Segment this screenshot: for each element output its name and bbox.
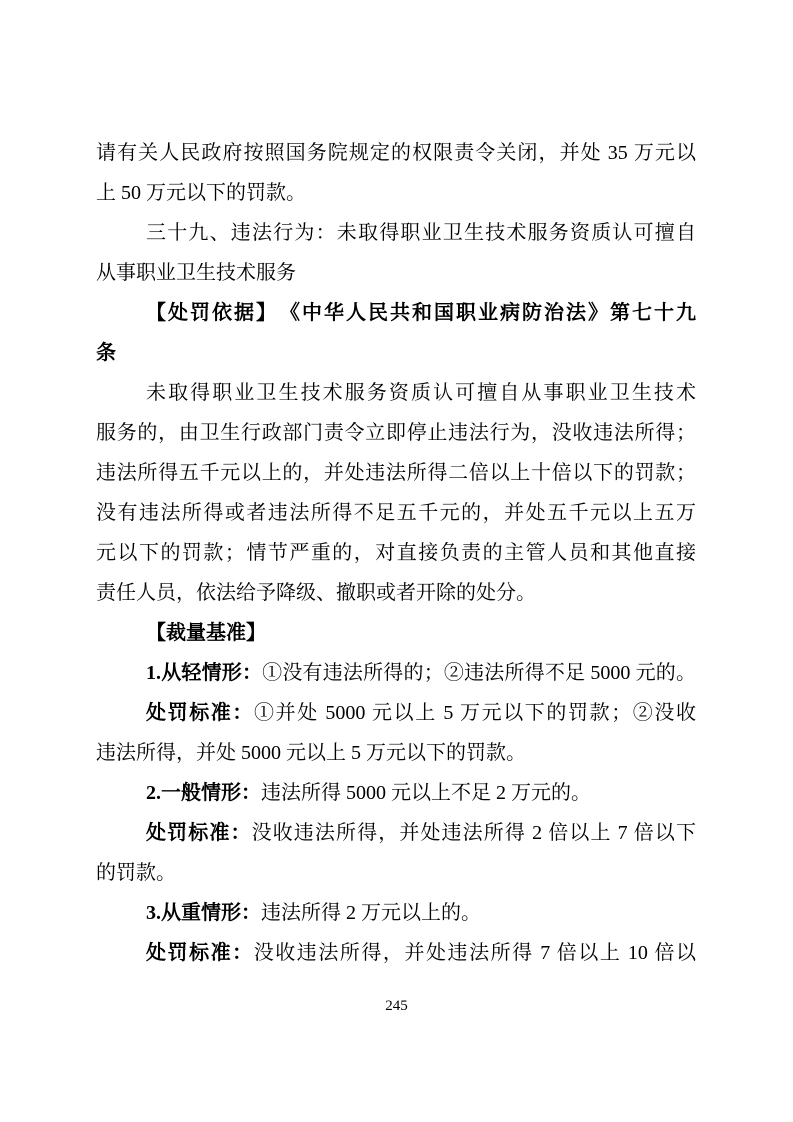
bold-text-run: 处罚标准： bbox=[146, 942, 254, 964]
paragraph: 处罚标准：没收违法所得，并处违法所得 2 倍以上 7 倍以下的罚款。 bbox=[96, 813, 696, 893]
text-line: 处罚标准：①并处 5000 元以上 5 万元以下的罚款；②没收 bbox=[96, 693, 696, 733]
text-run: 从事职业卫生技术服务 bbox=[96, 262, 296, 284]
text-run: 未取得职业卫生技术服务资质认可擅自从事职业卫生技术 bbox=[146, 382, 696, 404]
text-line: 责任人员，依法给予降级、撤职或者开除的处分。 bbox=[96, 573, 696, 613]
paragraph: 处罚标准：没收违法所得，并处违法所得 7 倍以上 10 倍以 bbox=[96, 933, 696, 973]
paragraph: 三十九、违法行为：未取得职业卫生技术服务资质认可擅自从事职业卫生技术服务 bbox=[96, 213, 696, 293]
text-run: 违法所得 2 万元以上的。 bbox=[261, 902, 481, 924]
text-line: 违法所得，并处 5000 元以上 5 万元以下的罚款。 bbox=[96, 733, 696, 773]
paragraph: 2.一般情形：违法所得 5000 元以上不足 2 万元的。 bbox=[96, 773, 696, 813]
paragraph: 【裁量基准】 bbox=[96, 613, 696, 653]
bold-text-run: 【裁量基准】 bbox=[146, 622, 266, 644]
text-line: 条 bbox=[96, 333, 696, 373]
text-line: 的罚款。 bbox=[96, 853, 696, 893]
text-run: 责任人员，依法给予降级、撤职或者开除的处分。 bbox=[96, 582, 536, 604]
text-line: 【处罚依据】 《中华人民共和国职业病防治法》第七十九 bbox=[96, 293, 696, 333]
paragraph: 未取得职业卫生技术服务资质认可擅自从事职业卫生技术服务的，由卫生行政部门责令立即… bbox=[96, 373, 696, 613]
paragraph: 3.从重情形：违法所得 2 万元以上的。 bbox=[96, 893, 696, 933]
text-run: 违法所得 5000 元以上不足 2 万元的。 bbox=[261, 782, 591, 804]
bold-text-run: 处罚标准： bbox=[146, 822, 252, 844]
text-line: 请有关人民政府按照国务院规定的权限责令关闭，并处 35 万元以 bbox=[96, 133, 696, 173]
text-line: 处罚标准：没收违法所得，并处违法所得 2 倍以上 7 倍以下 bbox=[96, 813, 696, 853]
document-page: 请有关人民政府按照国务院规定的权限责令关闭，并处 35 万元以上 50 万元以下… bbox=[0, 0, 793, 1122]
text-line: 【裁量基准】 bbox=[96, 613, 696, 653]
text-line: 没有违法所得或者违法所得不足五千元的，并处五千元以上五万 bbox=[96, 493, 696, 533]
text-run: ①没有违法所得的；②违法所得不足 5000 元的。 bbox=[262, 662, 696, 684]
document-body: 请有关人民政府按照国务院规定的权限责令关闭，并处 35 万元以上 50 万元以下… bbox=[96, 133, 696, 973]
text-line: 1.从轻情形：①没有违法所得的；②违法所得不足 5000 元的。 bbox=[96, 653, 696, 693]
bold-text-run: 条 bbox=[96, 342, 116, 364]
text-line: 三十九、违法行为：未取得职业卫生技术服务资质认可擅自 bbox=[96, 213, 696, 253]
text-line: 未取得职业卫生技术服务资质认可擅自从事职业卫生技术 bbox=[96, 373, 696, 413]
text-run: 没有违法所得或者违法所得不足五千元的，并处五千元以上五万 bbox=[96, 502, 696, 524]
bold-text-run: 【处罚依据】 《中华人民共和国职业病防治法》第七十九 bbox=[146, 302, 696, 324]
text-line: 3.从重情形：违法所得 2 万元以上的。 bbox=[96, 893, 696, 933]
text-run: 违法所得五千元以上的，并处违法所得二倍以上十倍以下的罚款； bbox=[96, 462, 696, 484]
paragraph: 请有关人民政府按照国务院规定的权限责令关闭，并处 35 万元以上 50 万元以下… bbox=[96, 133, 696, 213]
text-line: 上 50 万元以下的罚款。 bbox=[96, 173, 696, 213]
bold-text-run: 处罚标准： bbox=[146, 702, 254, 724]
text-line: 2.一般情形：违法所得 5000 元以上不足 2 万元的。 bbox=[96, 773, 696, 813]
bold-text-run: 1.从轻情形： bbox=[146, 662, 262, 684]
page-footer: 245 bbox=[0, 997, 793, 1015]
text-line: 从事职业卫生技术服务 bbox=[96, 253, 696, 293]
text-run: 没收违法所得，并处违法所得 7 倍以上 10 倍以 bbox=[254, 942, 696, 964]
text-run: 三十九、违法行为：未取得职业卫生技术服务资质认可擅自 bbox=[146, 222, 696, 244]
page-number: 245 bbox=[385, 998, 408, 1014]
paragraph: 1.从轻情形：①没有违法所得的；②违法所得不足 5000 元的。 bbox=[96, 653, 696, 693]
bold-text-run: 3.从重情形： bbox=[146, 902, 261, 924]
text-run: 元以下的罚款；情节严重的，对直接负责的主管人员和其他直接 bbox=[96, 542, 696, 564]
text-line: 违法所得五千元以上的，并处违法所得二倍以上十倍以下的罚款； bbox=[96, 453, 696, 493]
text-run: 上 50 万元以下的罚款。 bbox=[96, 182, 306, 204]
paragraph: 处罚标准：①并处 5000 元以上 5 万元以下的罚款；②没收违法所得，并处 5… bbox=[96, 693, 696, 773]
paragraph: 【处罚依据】 《中华人民共和国职业病防治法》第七十九条 bbox=[96, 293, 696, 373]
text-run: 的罚款。 bbox=[96, 862, 176, 884]
text-run: 服务的，由卫生行政部门责令立即停止违法行为，没收违法所得； bbox=[96, 422, 696, 444]
bold-text-run: 2.一般情形： bbox=[146, 782, 261, 804]
text-run: 没收违法所得，并处违法所得 2 倍以上 7 倍以下 bbox=[252, 822, 696, 844]
text-run: 请有关人民政府按照国务院规定的权限责令关闭，并处 35 万元以 bbox=[96, 142, 696, 164]
text-line: 元以下的罚款；情节严重的，对直接负责的主管人员和其他直接 bbox=[96, 533, 696, 573]
text-run: ①并处 5000 元以上 5 万元以下的罚款；②没收 bbox=[254, 702, 696, 724]
text-line: 服务的，由卫生行政部门责令立即停止违法行为，没收违法所得； bbox=[96, 413, 696, 453]
text-line: 处罚标准：没收违法所得，并处违法所得 7 倍以上 10 倍以 bbox=[96, 933, 696, 973]
text-run: 违法所得，并处 5000 元以上 5 万元以下的罚款。 bbox=[96, 742, 526, 764]
